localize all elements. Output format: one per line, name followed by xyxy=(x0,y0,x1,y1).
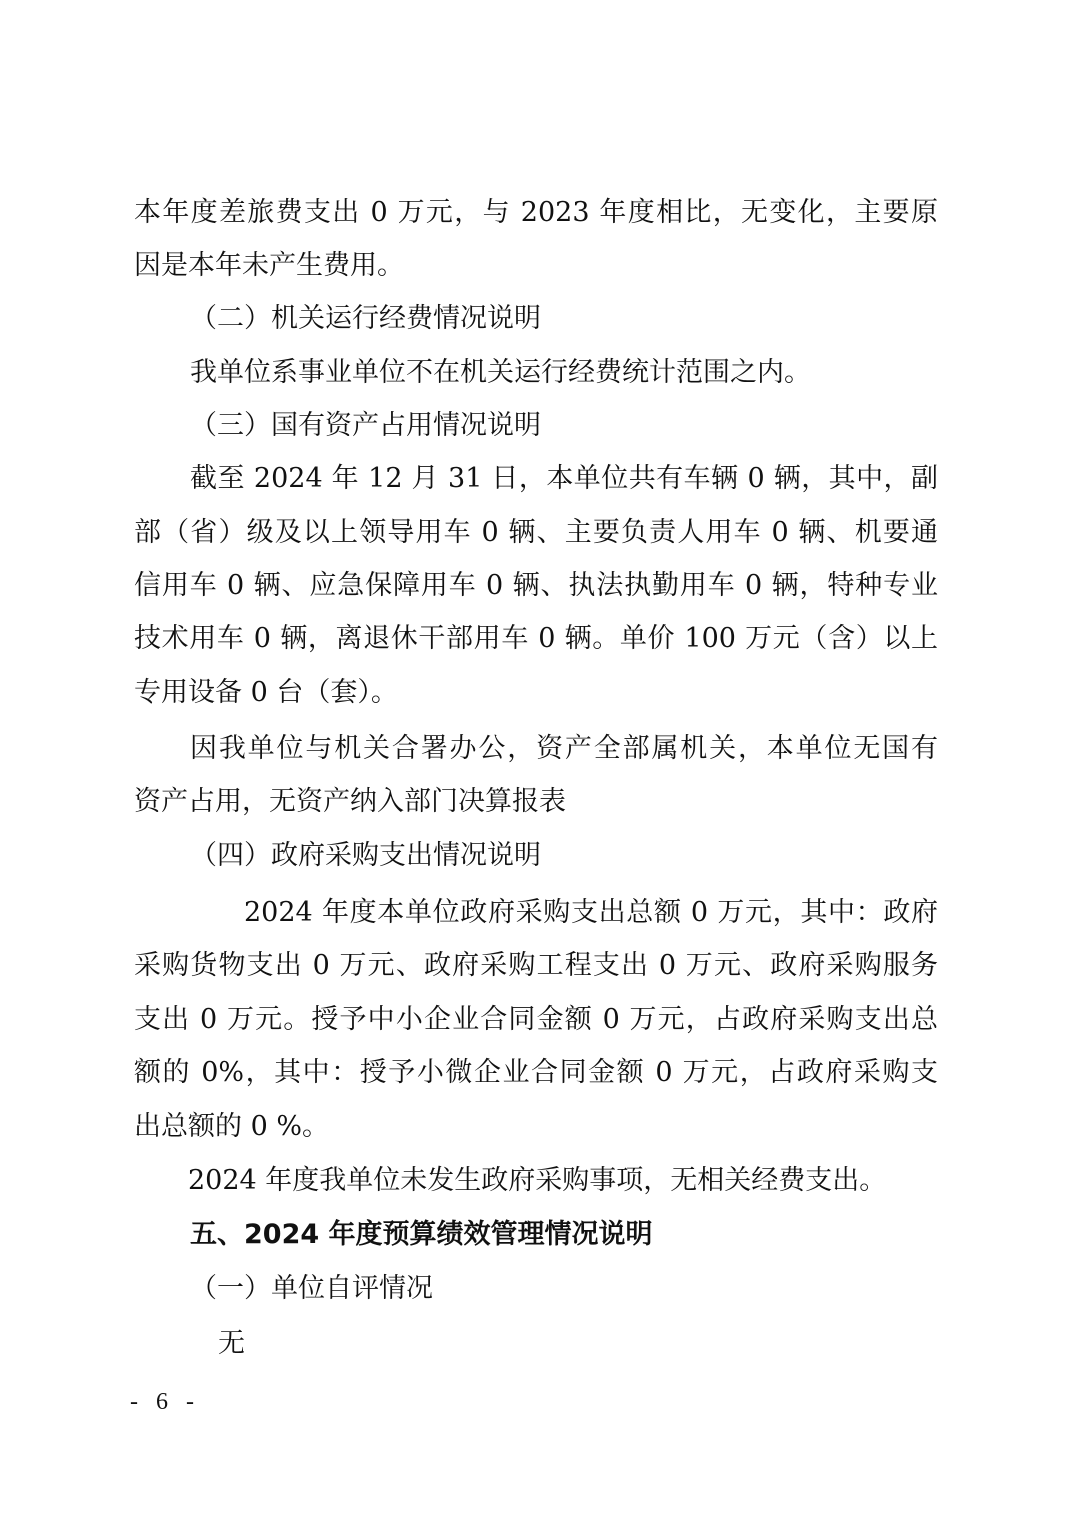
paragraph-assets-line-1: 因我单位与机关合署办公，资产全部属机关，本单位无国有 xyxy=(190,733,938,765)
paragraph-procurement-line-3: 支出 0 万元。授予中小企业合同金额 0 万元，占政府采购支出总 xyxy=(134,1004,938,1036)
paragraph-procurement-line-5: 出总额的 0 %。 xyxy=(134,1111,329,1143)
paragraph-vehicles-line-5: 专用设备 0 台（套）。 xyxy=(134,677,398,709)
paragraph-travel-expense-line-2: 因是本年未产生费用。 xyxy=(134,250,404,282)
paragraph-assets-line-2: 资产占用，无资产纳入部门决算报表 xyxy=(134,786,566,818)
paragraph-procurement-line-4: 额的 0%，其中：授予小微企业合同金额 0 万元，占政府采购支 xyxy=(134,1057,938,1089)
page-number: - 6 - xyxy=(130,1387,200,1417)
document-page: 本年度差旅费支出 0 万元，与 2023 年度相比，无变化，主要原 因是本年未产… xyxy=(0,0,1069,1515)
paragraph-vehicles-line-1: 截至 2024 年 12 月 31 日，本单位共有车辆 0 辆，其中，副 xyxy=(190,463,938,495)
subsection-heading-self-evaluation: （一）单位自评情况 xyxy=(190,1273,433,1305)
paragraph-vehicles-line-3: 信用车 0 辆、应急保障用车 0 辆、执法执勤用车 0 辆，特种专业 xyxy=(134,570,938,602)
paragraph-procurement-line-1: 2024 年度本单位政府采购支出总额 0 万元，其中：政府 xyxy=(244,897,938,929)
paragraph-self-evaluation: 无 xyxy=(218,1328,245,1360)
paragraph-procurement-summary: 2024 年度我单位未发生政府采购事项，无相关经费支出。 xyxy=(188,1165,886,1197)
paragraph-operating-expenses: 我单位系事业单位不在机关运行经费统计范围之内。 xyxy=(190,357,811,389)
paragraph-travel-expense-line-1: 本年度差旅费支出 0 万元，与 2023 年度相比，无变化，主要原 xyxy=(134,197,938,229)
section-heading-state-assets: （三）国有资产占用情况说明 xyxy=(190,410,541,442)
section-heading-operating-expenses: （二）机关运行经费情况说明 xyxy=(190,303,541,335)
section-heading-performance-management: 五、2024 年度预算绩效管理情况说明 xyxy=(190,1219,653,1251)
paragraph-vehicles-line-2: 部（省）级及以上领导用车 0 辆、主要负责人用车 0 辆、机要通 xyxy=(134,517,938,549)
paragraph-procurement-line-2: 采购货物支出 0 万元、政府采购工程支出 0 万元、政府采购服务 xyxy=(134,950,938,982)
paragraph-vehicles-line-4: 技术用车 0 辆，离退休干部用车 0 辆。单价 100 万元（含）以上 xyxy=(134,623,938,655)
section-heading-procurement: （四）政府采购支出情况说明 xyxy=(190,840,541,872)
